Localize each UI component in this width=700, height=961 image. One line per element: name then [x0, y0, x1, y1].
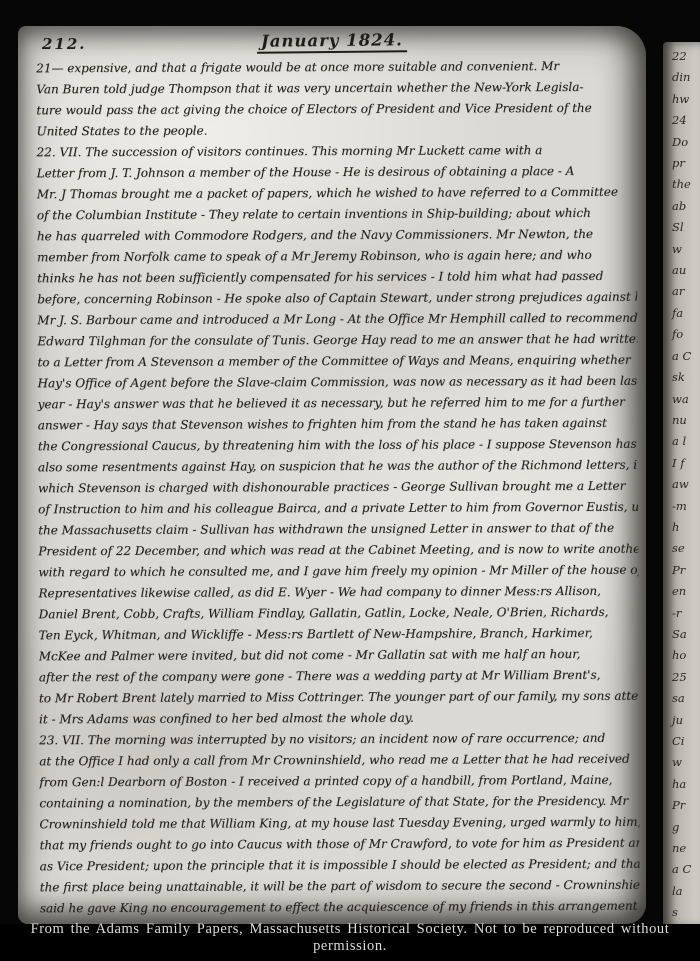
manuscript-line: Mr. J Thomas brought me a packet of pape…	[37, 182, 637, 206]
manuscript-line: that my friends ought to go into Caucus …	[40, 833, 640, 857]
manuscript-line: year - Hay's answer was that he believed…	[38, 392, 638, 416]
manuscript-scan: 212. January 1824. 21— expensive, and th…	[0, 0, 700, 961]
manuscript-line: Crowninshield told me that William King,…	[39, 812, 639, 836]
manuscript-line: the Massachusetts claim - Sullivan has w…	[38, 518, 638, 542]
manuscript-line: it - Mrs Adams was confined to her bed a…	[39, 707, 639, 731]
manuscript-line: 21— expensive, and that a frigate would …	[36, 56, 636, 80]
manuscript-line: Edward Tilghman for the consulate of Tun…	[37, 329, 637, 353]
manuscript-line: member from Norfolk came to speak of a M…	[37, 245, 637, 269]
manuscript-line: Letter from J. T. Johnson a member of th…	[37, 161, 637, 185]
manuscript-text: 21— expensive, and that a frigate would …	[36, 56, 640, 920]
manuscript-line: McKee and Palmer were invited, but did n…	[39, 644, 639, 668]
manuscript-line: United States to the people.	[36, 119, 636, 143]
page-header-text: January 1824.	[257, 30, 407, 54]
manuscript-line: with regard to which he consulted me, an…	[38, 560, 638, 584]
manuscript-line: containing a nomination, by the members …	[39, 791, 639, 815]
manuscript-line: Daniel Brent, Cobb, Crafts, William Find…	[39, 602, 639, 626]
facing-page-text-fragments: 22 din hw 24 Do pr the ab Sl w au ar fa …	[672, 46, 691, 924]
manuscript-line: Representatives likewise called, as did …	[38, 581, 638, 605]
caption-text: From the Adams Family Papers, Massachuse…	[0, 921, 700, 955]
manuscript-line: of the Columbian Institute - They relate…	[37, 203, 637, 227]
manuscript-line: Van Buren told judge Thompson that it wa…	[36, 77, 636, 101]
manuscript-line: the Congressional Caucus, by threatening…	[38, 434, 638, 458]
manuscript-line: to Mr Robert Brent lately married to Mis…	[39, 686, 639, 710]
manuscript-line: said he gave King no encouragement to ef…	[40, 896, 640, 920]
manuscript-line: as Vice President; upon the principle th…	[40, 854, 640, 878]
manuscript-line: ture would pass the act giving the choic…	[36, 98, 636, 122]
manuscript-line: also some resentments against Hay, on su…	[38, 455, 638, 479]
manuscript-line: Hay's Office of Agent before the Slave-c…	[37, 371, 637, 395]
manuscript-line: Mr J. S. Barbour came and introduced a M…	[37, 308, 637, 332]
manuscript-line: from Gen:l Dearborn of Boston - I receiv…	[39, 770, 639, 794]
manuscript-line: 23. VII. The morning was interrupted by …	[39, 728, 639, 752]
manuscript-line: at the Office I had only a call from Mr …	[39, 749, 639, 773]
page-header: January 1824.	[18, 31, 646, 53]
manuscript-line: the first place being unattainable, it w…	[40, 875, 640, 899]
manuscript-page: 212. January 1824. 21— expensive, and th…	[18, 26, 646, 924]
facing-page-edge: 22 din hw 24 Do pr the ab Sl w au ar fa …	[663, 42, 700, 928]
manuscript-line: of Instruction to him and his colleague …	[38, 497, 638, 521]
manuscript-line: which Stevenson is charged with dishonou…	[38, 476, 638, 500]
manuscript-line: before, concerning Robinson - He spoke a…	[37, 287, 637, 311]
manuscript-line: after the rest of the company were gone …	[39, 665, 639, 689]
manuscript-line: Ten Eyck, Whitman, and Wickliffe - Mess:…	[39, 623, 639, 647]
manuscript-line: thinks he has not been sufficiently comp…	[37, 266, 637, 290]
manuscript-line: he has quarreled with Commodore Rodgers,…	[37, 224, 637, 248]
page-gutter	[646, 0, 664, 961]
manuscript-line: answer - Hay says that Stevenson wishes …	[38, 413, 638, 437]
manuscript-line: President of 22 December, and which was …	[38, 539, 638, 563]
manuscript-line: 22. VII. The succession of visitors cont…	[36, 140, 636, 164]
manuscript-line: to a Letter from A Stevenson a member of…	[37, 350, 637, 374]
caption-bar: From the Adams Family Papers, Massachuse…	[0, 924, 700, 961]
